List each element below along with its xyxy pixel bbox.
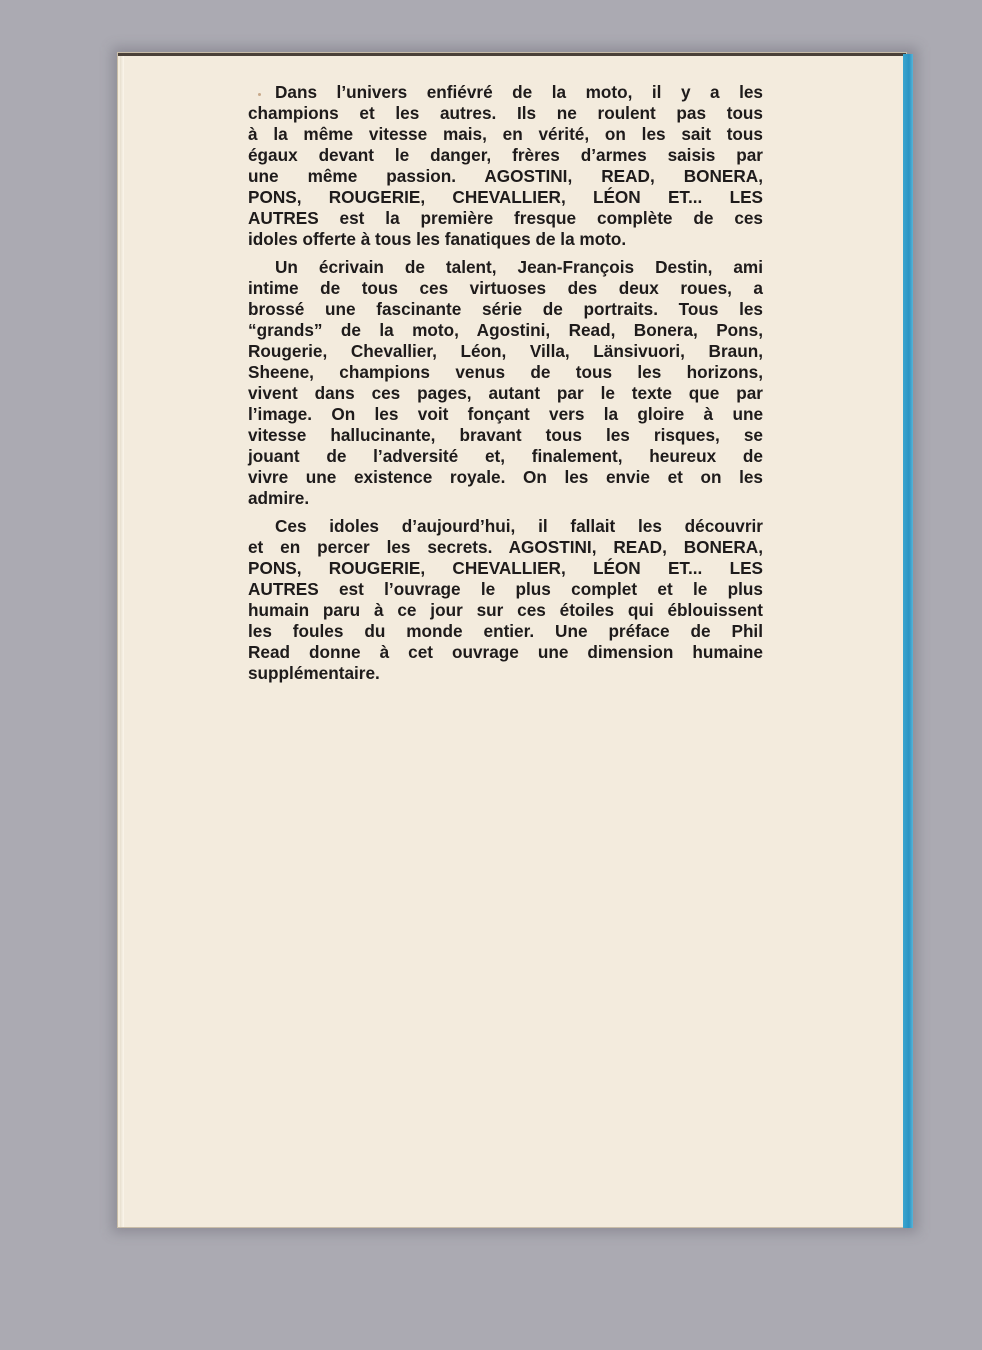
text-line: à la même vitesse mais, en vérité, on le… [248, 124, 763, 145]
text-line: les foules du monde entier. Une préface … [248, 621, 763, 642]
text-line: vivre une existence royale. On les envie… [248, 467, 763, 488]
paragraph-2: Un écrivain de talent, Jean-François Des… [248, 257, 763, 509]
text-line: humain paru à ce jour sur ces étoiles qu… [248, 600, 763, 621]
text-line: brossé une fascinante série de portraits… [248, 299, 763, 320]
text-line: l’image. On les voit fonçant vers la glo… [248, 404, 763, 425]
text-line: Sheene, champions venus de tous les hori… [248, 362, 763, 383]
text-line: Un écrivain de talent, Jean-François Des… [248, 257, 763, 278]
blurb-text: Dans l’univers enfiévré de la moto, il y… [248, 82, 763, 691]
text-line: Ces idoles d’aujourd’hui, il fallait les… [248, 516, 763, 537]
text-line: champions et les autres. Ils ne roulent … [248, 103, 763, 124]
text-line: intime de tous ces virtuoses des deux ro… [248, 278, 763, 299]
paragraph-1: Dans l’univers enfiévré de la moto, il y… [248, 82, 763, 250]
text-line: Read donne à cet ouvrage une dimension h… [248, 642, 763, 663]
text-line: une même passion. AGOSTINI, READ, BONERA… [248, 166, 763, 187]
text-line: PONS, ROUGERIE, CHEVALLIER, LÉON ET... L… [248, 187, 763, 208]
text-line: jouant de l’adversité et, finalement, he… [248, 446, 763, 467]
book-spine-edge [903, 54, 913, 1228]
text-line: “grands” de la moto, Agostini, Read, Bon… [248, 320, 763, 341]
text-line: idoles offerte à tous les fanatiques de … [248, 229, 763, 250]
text-line: vivent dans ces pages, autant par le tex… [248, 383, 763, 404]
text-line: admire. [248, 488, 763, 509]
text-line: vitesse hallucinante, bravant tous les r… [248, 425, 763, 446]
text-line: AUTRES est la première fresque complète … [248, 208, 763, 229]
text-line: Dans l’univers enfiévré de la moto, il y… [248, 82, 763, 103]
text-line: et en percer les secrets. AGOSTINI, READ… [248, 537, 763, 558]
text-line: Rougerie, Chevallier, Léon, Villa, Länsi… [248, 341, 763, 362]
text-line: AUTRES est l’ouvrage le plus complet et … [248, 579, 763, 600]
text-line: PONS, ROUGERIE, CHEVALLIER, LÉON ET... L… [248, 558, 763, 579]
text-line: supplémentaire. [248, 663, 763, 684]
paragraph-3: Ces idoles d’aujourd’hui, il fallait les… [248, 516, 763, 684]
text-line: égaux devant le danger, frères d’armes s… [248, 145, 763, 166]
